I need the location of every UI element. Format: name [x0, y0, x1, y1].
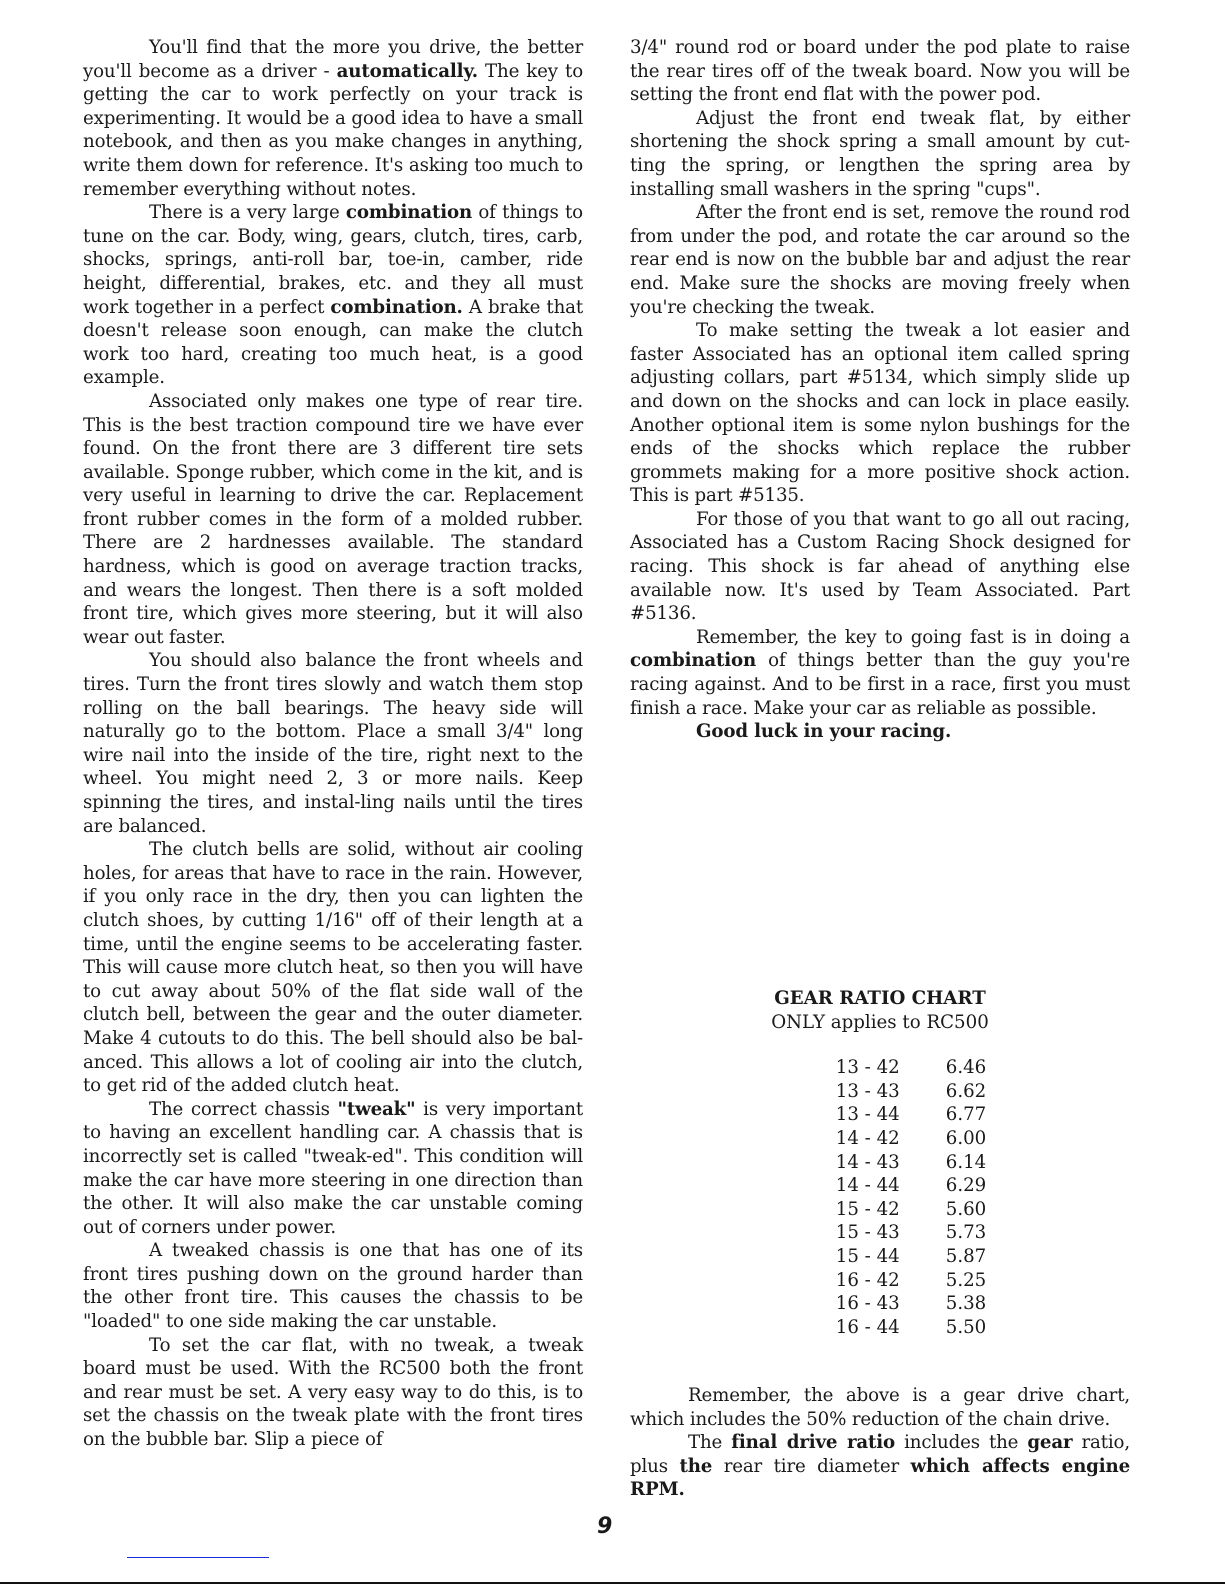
gear-ratio-value: 6.62: [946, 1080, 987, 1104]
text: rear tire diameter: [712, 1456, 910, 1477]
emphasis: final drive ratio: [731, 1432, 895, 1453]
gear-ratio-value: 5.50: [946, 1316, 987, 1340]
paragraph-tweak-board: To set the car flat, with no tweak, a tw…: [83, 1334, 583, 1452]
paragraph-tires: Associated only makes one type of rear t…: [83, 390, 583, 650]
good-luck-line: Good luck in your racing.: [630, 720, 1130, 744]
paragraph-racing-shock: For those of you that want to go all out…: [630, 508, 1130, 626]
gear-combo: 13 - 43: [774, 1080, 946, 1104]
emphasis-combination: combination.: [330, 297, 462, 318]
gear-combo: 14 - 42: [774, 1127, 946, 1151]
gear-chart-notes: Remember, the above is a gear drive char…: [630, 1384, 1130, 1502]
gear-ratio-value: 5.87: [946, 1245, 987, 1269]
gear-ratio-chart: GEAR RATIO CHART ONLY applies to RC500 1…: [720, 987, 1040, 1339]
gear-ratio-value: 6.29: [946, 1174, 987, 1198]
right-column: 3/4" round rod or board under the pod pl…: [630, 36, 1130, 744]
gear-ratio-row: 15 - 445.87: [774, 1245, 987, 1269]
paragraph-adjust-front: Adjust the front end tweak flat, by eith…: [630, 107, 1130, 201]
emphasis-tweak: "tweak": [338, 1099, 416, 1120]
gear-ratio-value: 5.73: [946, 1221, 987, 1245]
gear-ratio-value: 5.38: [946, 1292, 987, 1316]
paragraph-round-rod: 3/4" round rod or board under the pod pl…: [630, 36, 1130, 107]
gear-ratio-row: 15 - 425.60: [774, 1198, 987, 1222]
gear-ratio-row: 15 - 435.73: [774, 1221, 987, 1245]
paragraph-rear-end: After the front end is set, remove the r…: [630, 201, 1130, 319]
paragraph-tweaked-chassis: A tweaked chassis is one that has one of…: [83, 1239, 583, 1333]
paragraph-clutch-bells: The clutch bells are solid, without air …: [83, 838, 583, 1098]
left-column: You'll find that the more you drive, the…: [83, 36, 583, 1452]
bottom-border: [0, 1582, 1225, 1584]
gear-ratio-value: 5.25: [946, 1269, 987, 1293]
paragraph-remember-combination: Remember, the key to going fast is in do…: [630, 626, 1130, 720]
gear-ratio-row: 14 - 426.00: [774, 1127, 987, 1151]
text: There is a very large: [149, 202, 346, 223]
paragraph-chassis-tweak: The correct chassis "tweak" is very impo…: [83, 1098, 583, 1240]
paragraph-final-drive-ratio: The final drive ratio includes the gear …: [630, 1431, 1130, 1502]
gear-ratio-row: 16 - 445.50: [774, 1316, 987, 1340]
paragraph-driving-practice: You'll find that the more you drive, the…: [83, 36, 583, 201]
gear-ratio-value: 5.60: [946, 1198, 987, 1222]
paragraph-tuning-combination: There is a very large combination of thi…: [83, 201, 583, 390]
text: The: [688, 1432, 731, 1453]
gear-ratio-row: 16 - 435.38: [774, 1292, 987, 1316]
gear-combo: 13 - 42: [774, 1056, 946, 1080]
gear-ratio-row: 13 - 446.77: [774, 1103, 987, 1127]
gear-ratio-value: 6.00: [946, 1127, 987, 1151]
gear-ratio-value: 6.77: [946, 1103, 987, 1127]
gear-combo: 13 - 44: [774, 1103, 946, 1127]
text: The correct chassis: [149, 1099, 338, 1120]
chart-title: GEAR RATIO CHART: [720, 987, 1040, 1011]
paragraph-gear-drive-note: Remember, the above is a gear drive char…: [630, 1384, 1130, 1431]
gear-ratio-row: 13 - 436.62: [774, 1080, 987, 1104]
emphasis-combination: combination: [346, 202, 472, 223]
text: Remember, the key to going fast is in do…: [696, 627, 1130, 648]
emphasis-combination: combination: [630, 650, 756, 671]
text: includes the: [895, 1432, 1027, 1453]
gear-combo: 15 - 42: [774, 1198, 946, 1222]
gear-combo: 16 - 44: [774, 1316, 946, 1340]
gear-combo: 14 - 44: [774, 1174, 946, 1198]
emphasis: gear: [1027, 1432, 1072, 1453]
gear-ratio-value: 6.14: [946, 1151, 987, 1175]
gear-combo: 16 - 42: [774, 1269, 946, 1293]
gear-ratio-row: 14 - 446.29: [774, 1174, 987, 1198]
chart-subtitle: ONLY applies to RC500: [720, 1011, 1040, 1035]
gear-combo: 16 - 43: [774, 1292, 946, 1316]
gear-combo: 15 - 43: [774, 1221, 946, 1245]
gear-combo: 15 - 44: [774, 1245, 946, 1269]
gear-ratio-row: 16 - 425.25: [774, 1269, 987, 1293]
emphasis: the: [679, 1456, 712, 1477]
gear-ratio-row: 13 - 426.46: [774, 1056, 987, 1080]
gear-combo: 14 - 43: [774, 1151, 946, 1175]
paragraph-wheel-balance: You should also balance the front wheels…: [83, 649, 583, 838]
paragraph-optional-parts: To make setting the tweak a lot easier a…: [630, 319, 1130, 508]
emphasis-automatically: automatically.: [337, 61, 478, 82]
gear-ratio-row: 14 - 436.14: [774, 1151, 987, 1175]
page-number: 9: [597, 1514, 612, 1539]
blue-rule: [127, 1557, 269, 1558]
gear-ratio-table: 13 - 426.4613 - 436.6213 - 446.7714 - 42…: [774, 1056, 987, 1339]
gear-ratio-value: 6.46: [946, 1056, 987, 1080]
